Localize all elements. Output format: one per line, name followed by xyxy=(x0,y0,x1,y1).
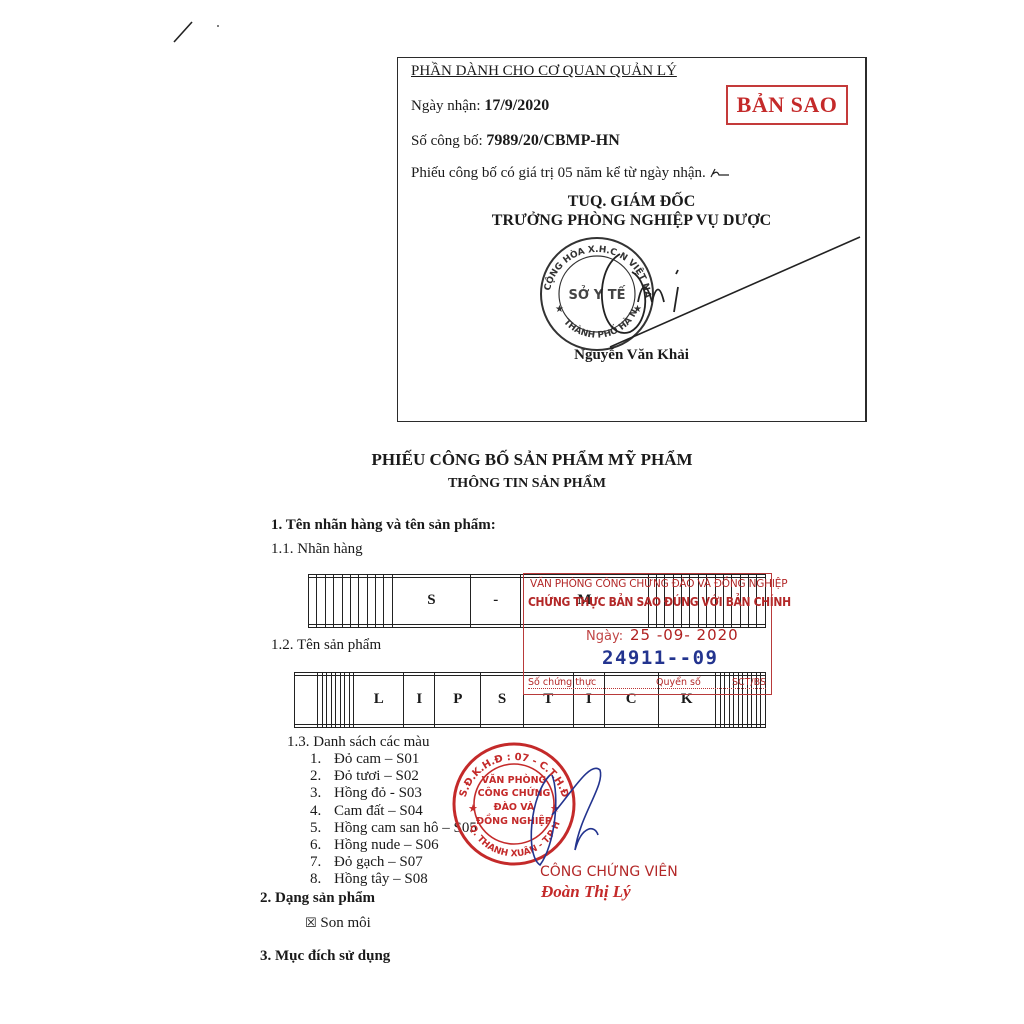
checked-checkbox-icon: ☒ xyxy=(305,916,317,931)
brand-label: 1.1. Nhãn hàng xyxy=(271,541,363,558)
product-char: P xyxy=(435,676,481,725)
announcement-number-row: Số công bố: 7989/20/CBMP-HN xyxy=(411,132,620,150)
received-date-row: Ngày nhận: 17/9/2020 xyxy=(411,97,549,115)
brand-char: S xyxy=(392,577,470,624)
management-section-title: PHẦN DÀNH CHO CƠ QUAN QUẢN LÝ xyxy=(411,63,677,80)
svg-text:★: ★ xyxy=(468,803,478,815)
copy-stamp: BẢN SAO xyxy=(726,85,848,125)
signatory-line-2: TRƯỞNG PHÒNG NGHIỆP VỤ DƯỢC xyxy=(398,212,865,230)
product-name-label: 1.2. Tên sản phẩm xyxy=(271,637,381,654)
initial-mark-icon xyxy=(709,167,731,179)
notary-signature xyxy=(520,755,620,875)
validity-note-text: Phiếu công bố có giá trị 05 năm kể từ ng… xyxy=(411,165,706,181)
signatory-name: Nguyễn Văn Khải xyxy=(398,347,865,364)
product-form-value: Son môi xyxy=(320,915,370,931)
document-title: PHIẾU CÔNG BỐ SẢN PHẨM MỸ PHẨM xyxy=(20,450,1024,470)
product-char: S xyxy=(481,676,523,725)
section-1-heading: 1. Tên nhãn hàng và tên sản phẩm: xyxy=(271,517,496,534)
section-2-heading: 2. Dạng sản phẩm xyxy=(260,890,375,907)
cert-number-label: Số chứng thực xyxy=(528,677,596,688)
notary-title: CÔNG CHỨNG VIÊN xyxy=(540,864,678,880)
notary-certification-stamp: VĂN PHÒNG CÔNG CHỨNG ĐÀO VÀ ĐỒNG NGHIỆP … xyxy=(523,573,772,695)
notary-name: Đoàn Thị Lý xyxy=(541,882,631,902)
notary-date-value: 25 -09- 2020 xyxy=(630,626,739,644)
announcement-number-label: Số công bố: xyxy=(411,133,483,149)
product-form-row: ☒ Son môi xyxy=(305,915,371,932)
received-date-value: 17/9/2020 xyxy=(484,97,549,114)
colors-label: 1.3. Danh sách các màu xyxy=(287,734,429,751)
notary-office-line: VĂN PHÒNG CÔNG CHỨNG ĐÀO VÀ ĐỒNG NGHIỆP xyxy=(530,578,787,590)
book-label: Quyển số xyxy=(656,677,701,688)
pen-mark xyxy=(170,18,230,48)
product-char: L xyxy=(354,676,404,725)
announcement-number-value: 7989/20/CBMP-HN xyxy=(486,132,619,149)
notary-certify-line: CHỨNG THỰC BẢN SAO ĐÚNG VỚI BẢN CHÍNH xyxy=(528,594,791,609)
notary-date-label: Ngày: xyxy=(586,629,623,644)
brand-char: - xyxy=(471,577,521,624)
received-date-label: Ngày nhận: xyxy=(411,98,481,114)
notary-book-line: Số chứng thực Quyển số SCT/BS xyxy=(528,677,766,689)
product-char: I xyxy=(404,676,435,725)
document-subtitle: THÔNG TIN SẢN PHẨM xyxy=(15,476,1024,492)
director-signature xyxy=(560,232,865,352)
book-suffix: SCT/BS xyxy=(732,677,766,688)
signatory-line-1: TUQ. GIÁM ĐỐC xyxy=(398,193,865,211)
section-3-heading: 3. Mục đích sử dụng xyxy=(260,948,390,965)
notary-cert-number: 24911--09 xyxy=(602,647,718,669)
validity-note: Phiếu công bố có giá trị 05 năm kể từ ng… xyxy=(411,165,731,182)
